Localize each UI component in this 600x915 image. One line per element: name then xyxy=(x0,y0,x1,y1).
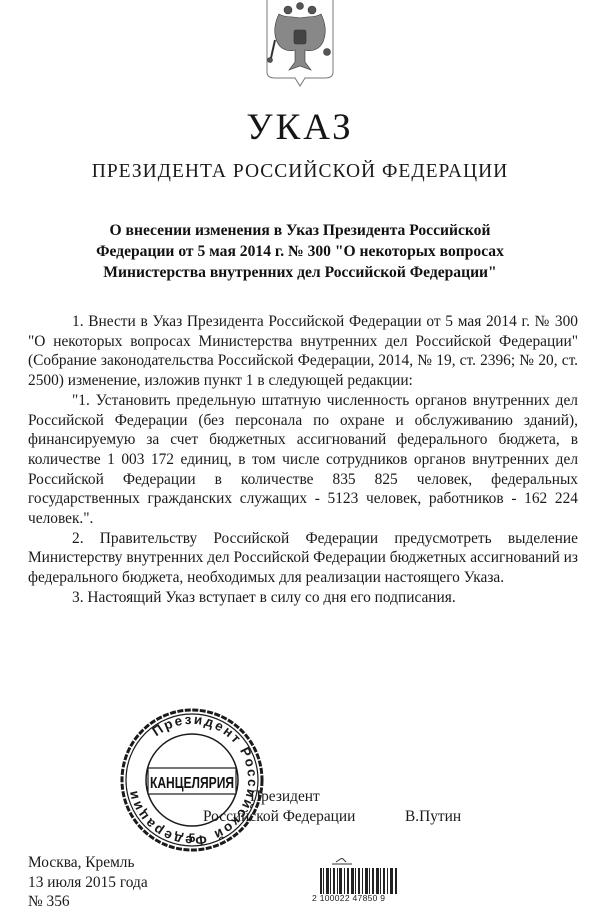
stamp-number: 5 xyxy=(189,831,196,845)
issue-date: 13 июля 2015 года xyxy=(28,873,148,893)
document-title: УКАЗ xyxy=(0,106,600,149)
document-subtitle: ПРЕЗИДЕНТА РОССИЙСКОЙ ФЕДЕРАЦИИ xyxy=(0,161,600,183)
paragraph-1-quote: "1. Установить предельную штатную числен… xyxy=(28,391,578,529)
coat-of-arms-icon xyxy=(255,0,345,88)
paragraph-1: 1. Внести в Указ Президента Российской Ф… xyxy=(28,312,578,391)
footer-meta: Москва, Кремль 13 июля 2015 года № 356 xyxy=(28,853,148,912)
heading-line: Федерации от 5 мая 2014 г. № 300 "О неко… xyxy=(0,241,600,262)
paragraph-2: 2. Правительству Российской Федерации пр… xyxy=(28,529,578,588)
decree-body: 1. Внести в Указ Президента Российской Ф… xyxy=(28,312,578,608)
signatory-name: В.Путин xyxy=(405,808,461,826)
signature-title-2: Российской Федерации xyxy=(203,808,355,826)
heading-line: Министерства внутренних дел Российской Ф… xyxy=(0,262,600,283)
signature-title-1: Президент xyxy=(250,788,320,806)
barcode-digits: 2 100022 47850 9 xyxy=(312,893,385,903)
decree-heading: О внесении изменения в Указ Президента Р… xyxy=(0,220,600,283)
heading-line: О внесении изменения в Указ Президента Р… xyxy=(0,220,600,241)
issue-place: Москва, Кремль xyxy=(28,853,148,873)
stamp-center-text: КАНЦЕЛЯРИЯ xyxy=(150,775,234,792)
office-stamp: Президент Российской Федерации КАНЦЕЛЯРИ… xyxy=(118,706,266,854)
paragraph-3: 3. Настоящий Указ вступает в силу со дня… xyxy=(28,588,578,608)
decree-number: № 356 xyxy=(28,892,148,912)
